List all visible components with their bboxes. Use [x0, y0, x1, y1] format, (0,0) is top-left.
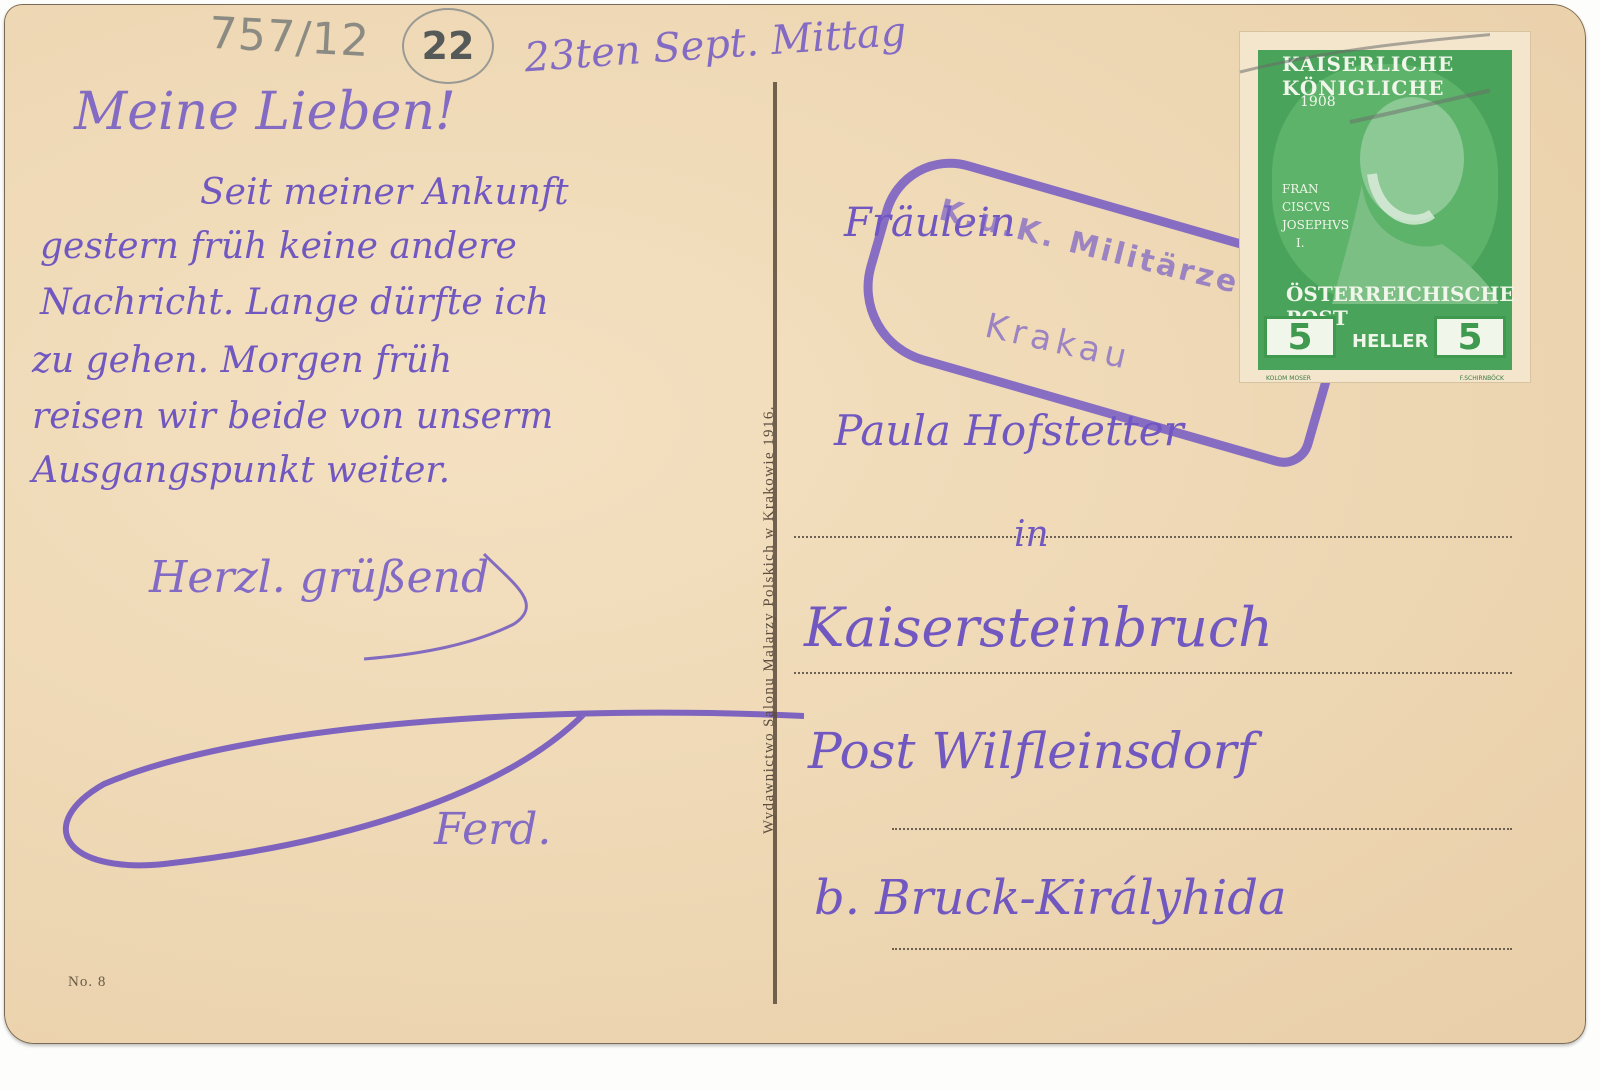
- message-greeting: Meine Lieben!: [74, 82, 456, 142]
- message-line: Seit meiner Ankunft: [200, 172, 569, 213]
- card-number: No. 8: [68, 974, 106, 991]
- message-line: Nachricht. Lange dürfte ich: [40, 282, 549, 323]
- message-date: 23ten Sept. Mittag: [523, 9, 908, 82]
- address-district: b. Bruck-Királyhida: [814, 870, 1287, 926]
- message-signature: Ferd.: [434, 804, 551, 855]
- message-line: zu gehen. Morgen früh: [32, 340, 452, 381]
- signature-flourish-icon: [44, 524, 804, 904]
- address-preposition: in: [1014, 514, 1049, 555]
- postage-stamp: KAISERLICHE KÖNIGLICHE ÖSTERREICHISCHE P…: [1240, 32, 1530, 382]
- address-line: [794, 536, 1512, 538]
- address-line: [892, 828, 1512, 830]
- publisher-imprint: Wydawnictwo Salonu Malarzy Polskich w Kr…: [761, 405, 778, 834]
- address-town: Kaisersteinbruch: [804, 596, 1273, 659]
- postcard: 757/12 22 23ten Sept. Mittag Meine Liebe…: [4, 4, 1586, 1044]
- address-line: [892, 948, 1512, 950]
- message-line: gestern früh keine andere: [40, 226, 517, 267]
- message-line: reisen wir beide von unserm: [32, 396, 553, 437]
- archive-circled-number: 22: [402, 8, 494, 84]
- address-line: [794, 672, 1512, 674]
- stamp-denomination-right: 5: [1434, 316, 1506, 358]
- archive-pencil-number: 757/12: [208, 8, 371, 67]
- stamp-designer: KOLOM MOSER: [1266, 375, 1311, 382]
- address-post: Post Wilfleinsdorf: [808, 722, 1255, 780]
- stamp-currency: HELLER: [1352, 331, 1418, 352]
- message-line: Ausgangspunkt weiter.: [32, 450, 450, 491]
- stamp-denomination-left: 5: [1264, 316, 1336, 358]
- stamp-portrait-label: FRAN CISCVS JOSEPHVS I.: [1282, 180, 1349, 252]
- postmark-cancel-icon: [1200, 12, 1490, 132]
- stamp-engraver: F.SCHIRNBÖCK: [1460, 375, 1504, 382]
